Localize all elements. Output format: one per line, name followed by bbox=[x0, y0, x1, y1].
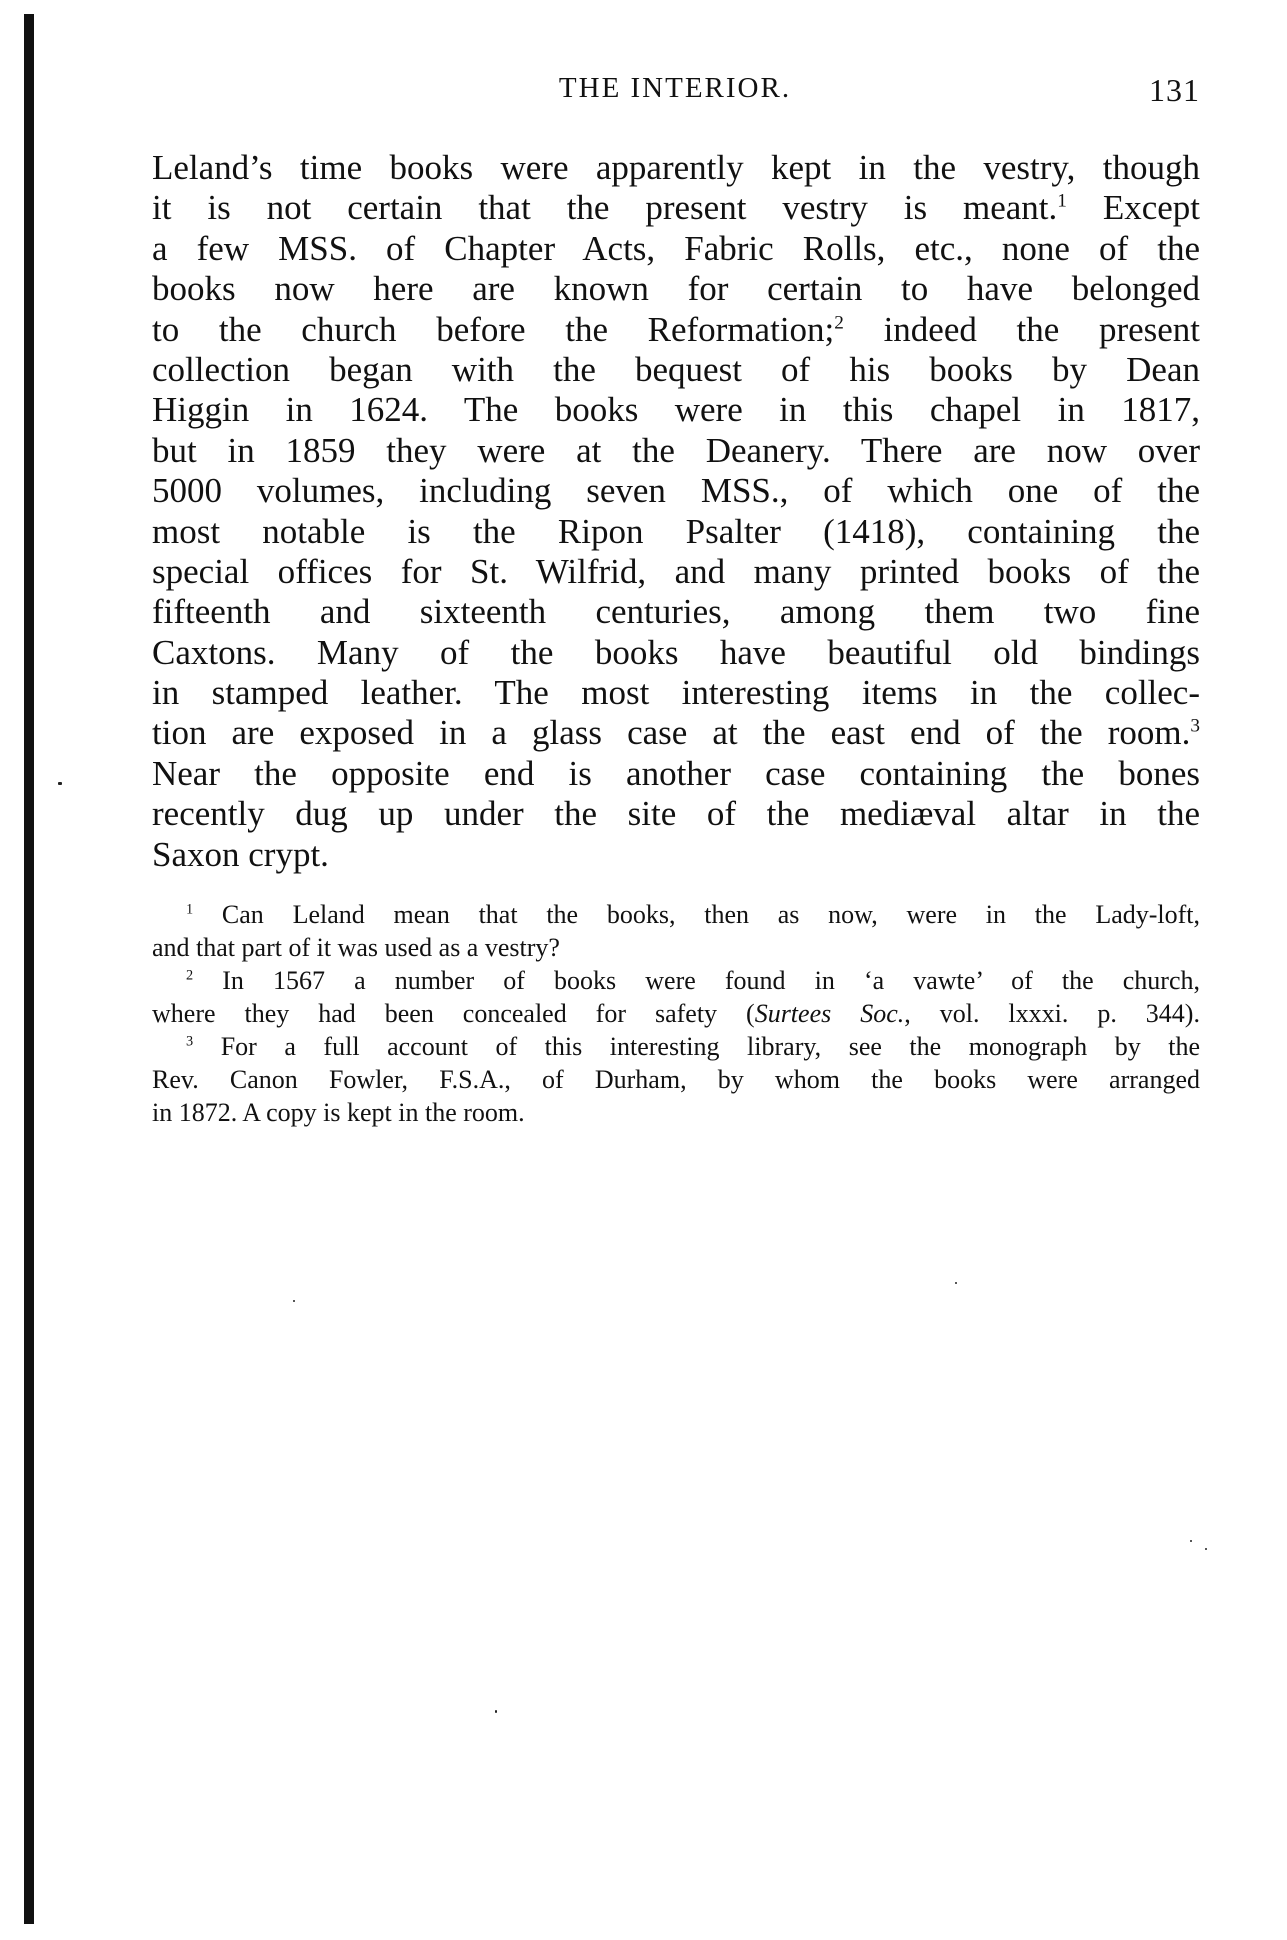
body-line: 5000 volumes, including seven MSS., of w… bbox=[152, 471, 1200, 511]
page-number: 131 bbox=[1149, 72, 1200, 109]
body-line: but in 1859 they were at the Deanery. Th… bbox=[152, 431, 1200, 471]
body-line: recently dug up under the site of the me… bbox=[152, 794, 1200, 834]
footnote-3-line: in 1872. A copy is kept in the room. bbox=[152, 1096, 1200, 1129]
body-line: to the church before the Reformation;2 i… bbox=[152, 310, 1200, 350]
footnote-2-line: where they had been concealed for safety… bbox=[152, 997, 1200, 1030]
scan-speck bbox=[495, 1710, 497, 1713]
body-line: Caxtons. Many of the books have beautifu… bbox=[152, 633, 1200, 673]
body-line: most notable is the Ripon Psalter (1418)… bbox=[152, 512, 1200, 552]
citation-title: Surtees Soc. bbox=[755, 999, 905, 1028]
body-line: Higgin in 1624. The books were in this c… bbox=[152, 390, 1200, 430]
scan-speck bbox=[955, 1282, 957, 1284]
footnote-ref-1[interactable]: 1 bbox=[1057, 191, 1067, 212]
body-line: tion are exposed in a glass case at the … bbox=[152, 713, 1200, 753]
body-line: a few MSS. of Chapter Acts, Fabric Rolls… bbox=[152, 229, 1200, 269]
footnote-3: 3 For a full account of this interesting… bbox=[152, 1030, 1200, 1063]
scan-speck bbox=[293, 1300, 295, 1302]
footnote-ref-2[interactable]: 2 bbox=[834, 312, 844, 333]
footnote-marker: 1 bbox=[186, 902, 193, 918]
scan-speck bbox=[1205, 1548, 1207, 1550]
footnote-ref-3[interactable]: 3 bbox=[1190, 716, 1200, 737]
footnote-2: 2 In 1567 a number of books were found i… bbox=[152, 964, 1200, 997]
body-text: Leland’s time books were apparently kept… bbox=[152, 148, 1200, 875]
footnote-3-line: Rev. Canon Fowler, F.S.A., of Durham, by… bbox=[152, 1063, 1200, 1096]
body-line: books now here are known for certain to … bbox=[152, 269, 1200, 309]
body-line: Saxon crypt. bbox=[152, 835, 1200, 875]
page-binding-edge bbox=[24, 14, 34, 1924]
scan-speck bbox=[1190, 1540, 1192, 1542]
footnote-marker: 3 bbox=[186, 1034, 193, 1050]
body-line: in stamped leather. The most interesting… bbox=[152, 673, 1200, 713]
body-line: fifteenth and sixteenth centuries, among… bbox=[152, 592, 1200, 632]
footnote-1-line: and that part of it was used as a vestry… bbox=[152, 931, 1200, 964]
page-header: THE INTERIOR. 131 bbox=[150, 72, 1200, 122]
scan-speck bbox=[58, 782, 62, 785]
footnotes: 1 Can Leland mean that the books, then a… bbox=[152, 898, 1200, 1129]
footnote-marker: 2 bbox=[186, 968, 193, 984]
body-line: Near the opposite end is another case co… bbox=[152, 754, 1200, 794]
running-head: THE INTERIOR. bbox=[150, 72, 1200, 105]
body-line: special offices for St. Wilfrid, and man… bbox=[152, 552, 1200, 592]
footnote-1: 1 Can Leland mean that the books, then a… bbox=[152, 898, 1200, 931]
body-line: it is not certain that the present vestr… bbox=[152, 188, 1200, 228]
body-line: collection began with the bequest of his… bbox=[152, 350, 1200, 390]
body-line: Leland’s time books were apparently kept… bbox=[152, 148, 1200, 188]
